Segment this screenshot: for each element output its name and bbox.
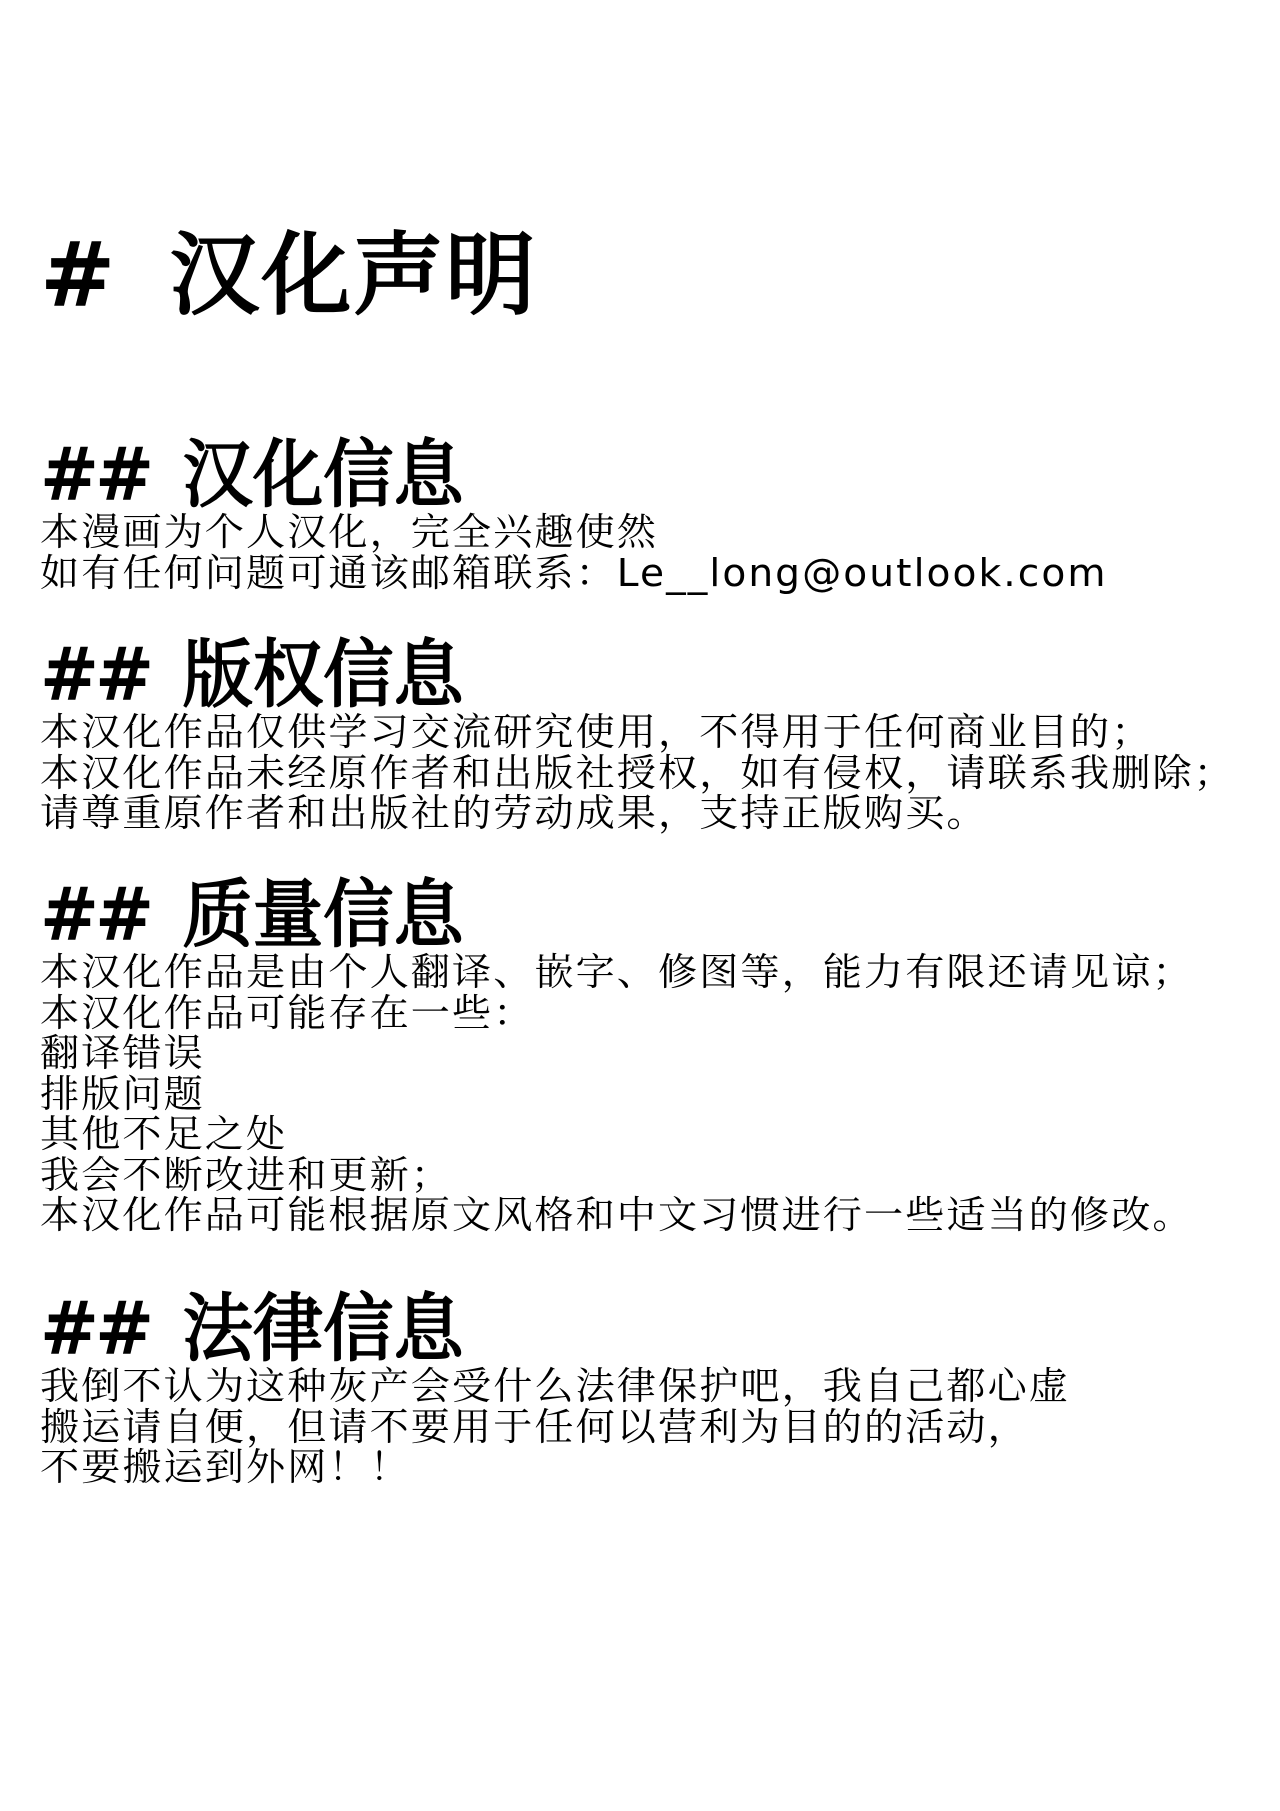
translation-disclaimer-page: #汉化声明 ##汉化信息 本漫画为个人汉化，完全兴趣使然 如有任何问题可通该邮箱… [0,0,1280,1811]
body-line: 排版问题 [40,1074,1280,1115]
section-copyright-info: ##版权信息 本汉化作品仅供学习交流研究使用，不得用于任何商业目的； 本汉化作品… [40,638,1270,834]
section-quality-info: ##质量信息 本汉化作品是由个人翻译、嵌字、修图等，能力有限还请见谅； 本汉化作… [40,878,1270,1236]
body-line: 本汉化作品是由个人翻译、嵌字、修图等，能力有限还请见谅； [40,952,1280,993]
body-line: 本汉化作品仅供学习交流研究使用，不得用于任何商业目的； [40,712,1280,753]
section-body: 本汉化作品仅供学习交流研究使用，不得用于任何商业目的； 本汉化作品未经原作者和出… [40,712,1270,834]
body-line: 我会不断改进和更新； [40,1155,1280,1196]
body-line-contact-email: 如有任何问题可通该邮箱联系：Le__long@outlook.com [40,553,1280,594]
section-heading: ##版权信息 [40,638,1209,712]
section-legal-info: ##法律信息 我倒不认为这种灰产会受什么法律保护吧，我自己都心虚 搬运请自便，但… [40,1292,1270,1488]
body-line: 本汉化作品可能根据原文风格和中文习惯进行一些适当的修改。 [40,1195,1280,1236]
body-line: 其他不足之处 [40,1114,1280,1155]
body-line: 本汉化作品可能存在一些： [40,993,1280,1034]
body-line: 翻译错误 [40,1033,1280,1074]
heading-marker: ## [40,632,150,718]
body-line: 请尊重原作者和出版社的劳动成果，支持正版购买。 [40,793,1280,834]
heading-text: 质量信息 [183,872,464,958]
title-text: 汉化声明 [169,223,537,328]
title-marker: # [40,223,117,328]
body-line: 我倒不认为这种灰产会受什么法律保护吧，我自己都心虚 [40,1366,1280,1407]
heading-marker: ## [40,1286,150,1372]
section-body: 我倒不认为这种灰产会受什么法律保护吧，我自己都心虚 搬运请自便，但请不要用于任何… [40,1366,1270,1488]
body-line: 不要搬运到外网！！ [40,1447,1280,1488]
section-heading: ##汉化信息 [40,438,1209,512]
heading-text: 汉化信息 [183,432,464,518]
heading-marker: ## [40,872,150,958]
body-line: 本汉化作品未经原作者和出版社授权，如有侵权，请联系我删除； [40,753,1280,794]
section-heading: ##质量信息 [40,878,1209,952]
section-body: 本漫画为个人汉化，完全兴趣使然 如有任何问题可通该邮箱联系：Le__long@o… [40,512,1270,593]
section-body: 本汉化作品是由个人翻译、嵌字、修图等，能力有限还请见谅； 本汉化作品可能存在一些… [40,952,1270,1236]
body-line: 本漫画为个人汉化，完全兴趣使然 [40,512,1280,553]
heading-marker: ## [40,432,150,518]
section-heading: ##法律信息 [40,1292,1209,1366]
section-translation-info: ##汉化信息 本漫画为个人汉化，完全兴趣使然 如有任何问题可通该邮箱联系：Le_… [40,438,1270,593]
heading-text: 法律信息 [183,1286,464,1372]
heading-text: 版权信息 [183,632,464,718]
page-title: #汉化声明 [40,228,537,324]
body-line: 搬运请自便，但请不要用于任何以营利为目的的活动， [40,1407,1280,1448]
